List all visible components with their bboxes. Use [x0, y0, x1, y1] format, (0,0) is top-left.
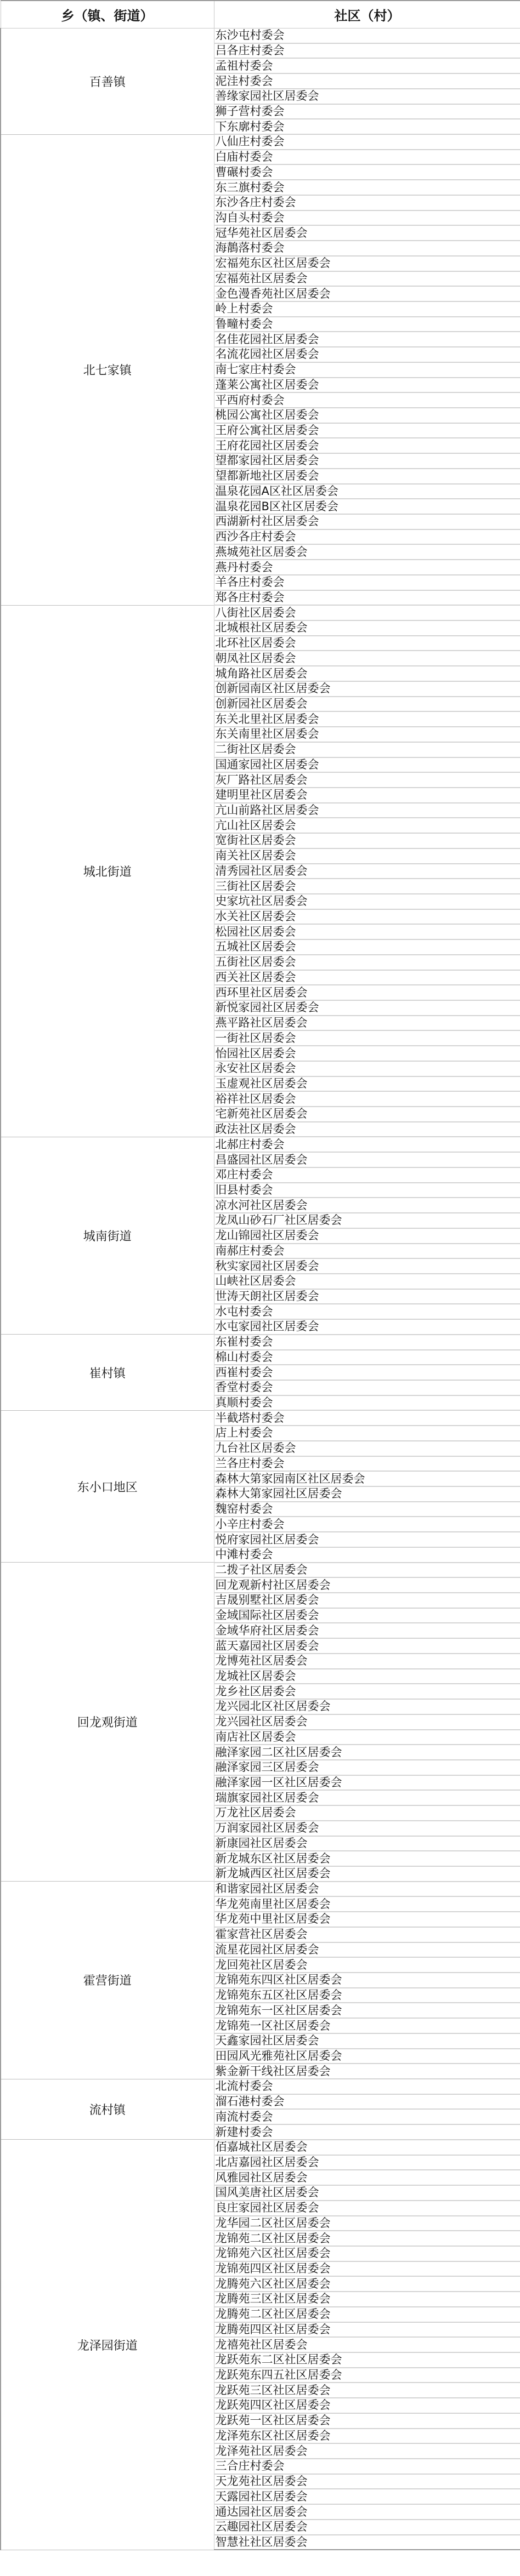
community-cell: 南流村委会	[214, 2109, 520, 2124]
community-cell: 名流花园社区居委会	[214, 347, 520, 362]
community-cell: 新康园社区居委会	[214, 1836, 520, 1851]
town-cell: 霍营街道	[1, 1882, 214, 2079]
community-cell: 三合庄村委会	[214, 2459, 520, 2474]
community-cell: 九台社区居委会	[214, 1441, 520, 1456]
community-cell: 鲁疃村委会	[214, 317, 520, 332]
community-cell: 半截塔村委会	[214, 1410, 520, 1426]
community-cell: 新悦家园社区居委会	[214, 1000, 520, 1016]
community-cell: 水屯家园社区居委会	[214, 1319, 520, 1335]
town-cell: 城北街道	[1, 605, 214, 1137]
community-cell: 田园风光雅苑社区居委会	[214, 2049, 520, 2064]
community-cell: 佰嘉城社区居委会	[214, 2140, 520, 2155]
community-cell: 龙泽苑东区社区居委会	[214, 2429, 520, 2444]
community-cell: 东关北里社区居委会	[214, 711, 520, 727]
community-cell: 南关社区居委会	[214, 848, 520, 864]
town-cell: 东小口地区	[1, 1410, 214, 1562]
community-cell: 龙凤山砂石厂社区居委会	[214, 1213, 520, 1228]
community-cell: 二拨子社区居委会	[214, 1563, 520, 1578]
community-cell: 龙跃苑一区社区居委会	[214, 2413, 520, 2429]
community-cell: 宽街社区居委会	[214, 833, 520, 848]
community-cell: 岭上村委会	[214, 301, 520, 317]
community-cell: 天露园社区居委会	[214, 2489, 520, 2504]
community-cell: 建明里社区居委会	[214, 788, 520, 803]
table-row: 回龙观街道二拨子社区居委会	[1, 1563, 520, 1578]
community-cell: 宅新苑社区居委会	[214, 1107, 520, 1122]
community-cell: 新龙城西区社区居委会	[214, 1866, 520, 1882]
community-cell: 名佳花园社区居委会	[214, 332, 520, 347]
community-cell: 一街社区居委会	[214, 1030, 520, 1046]
community-cell: 温泉花园B区社区居委会	[214, 499, 520, 514]
community-table: 乡（镇、街道） 社区（村） 百善镇东沙屯村委会吕各庄村委会孟祖村委会泥洼村委会善…	[0, 0, 520, 2550]
community-cell: 龙禧苑社区居委会	[214, 2337, 520, 2352]
community-cell: 龙锦苑六区社区居委会	[214, 2246, 520, 2261]
community-cell: 亢山社区居委会	[214, 818, 520, 833]
community-cell: 瑞旗家园社区居委会	[214, 1790, 520, 1805]
community-cell: 通达园社区居委会	[214, 2504, 520, 2520]
community-cell: 霍家营社区居委会	[214, 1927, 520, 1942]
community-cell: 善缘家园社区居委会	[214, 89, 520, 104]
community-cell: 和谐家园社区居委会	[214, 1882, 520, 1897]
community-cell: 魏窑村委会	[214, 1502, 520, 1517]
community-cell: 西关社区居委会	[214, 970, 520, 985]
community-cell: 龙腾苑三区社区居委会	[214, 2292, 520, 2307]
town-cell: 回龙观街道	[1, 1563, 214, 1882]
community-cell: 龙跃苑东二区社区居委会	[214, 2352, 520, 2368]
community-cell: 西湖新村社区居委会	[214, 514, 520, 529]
community-cell: 城角路社区居委会	[214, 666, 520, 681]
community-cell: 金域华府社区居委会	[214, 1623, 520, 1638]
community-cell: 灰厂路社区居委会	[214, 772, 520, 788]
community-cell: 流星花园社区居委会	[214, 1942, 520, 1958]
community-cell: 山峡社区居委会	[214, 1274, 520, 1289]
community-cell: 世涛天朗社区居委会	[214, 1289, 520, 1304]
community-cell: 羊各庄村委会	[214, 575, 520, 590]
community-cell: 政法社区居委会	[214, 1122, 520, 1137]
table-body: 百善镇东沙屯村委会吕各庄村委会孟祖村委会泥洼村委会善缘家园社区居委会狮子营村委会…	[1, 29, 520, 2550]
community-cell: 王府花园社区居委会	[214, 438, 520, 453]
community-cell: 吕各庄村委会	[214, 43, 520, 59]
community-cell: 东关南里社区居委会	[214, 727, 520, 742]
header-community: 社区（村）	[214, 1, 520, 29]
community-cell: 龙锦苑四区社区居委会	[214, 2261, 520, 2277]
table-row: 北七家镇八仙庄村委会	[1, 134, 520, 150]
town-cell: 龙泽园街道	[1, 2140, 214, 2550]
community-cell: 万龙社区居委会	[214, 1805, 520, 1821]
community-cell: 吉晟别墅社区居委会	[214, 1593, 520, 1608]
community-cell: 智慧社社区居委会	[214, 2535, 520, 2550]
community-cell: 宏福苑东区社区居委会	[214, 256, 520, 271]
community-cell: 凉水河社区居委会	[214, 1198, 520, 1213]
community-cell: 龙锦苑东五区社区居委会	[214, 1988, 520, 2003]
community-cell: 朝凤社区居委会	[214, 651, 520, 666]
community-cell: 紫金新干线社区居委会	[214, 2064, 520, 2079]
community-cell: 良庄家园社区居委会	[214, 2201, 520, 2216]
community-cell: 融泽家园三区居委会	[214, 1760, 520, 1775]
community-cell: 中滩村委会	[214, 1547, 520, 1563]
community-cell: 裕祥社区居委会	[214, 1091, 520, 1107]
community-cell: 平西府村委会	[214, 392, 520, 408]
community-cell: 龙锦苑东四区社区居委会	[214, 1973, 520, 1988]
community-cell: 天鑫家园社区居委会	[214, 2033, 520, 2049]
community-cell: 森林大第家园社区居委会	[214, 1486, 520, 1502]
community-cell: 燕平路社区居委会	[214, 1016, 520, 1031]
community-cell: 松园社区居委会	[214, 924, 520, 939]
table-row: 流村镇北流村委会	[1, 2079, 520, 2094]
community-cell: 南七家庄村委会	[214, 362, 520, 378]
community-cell: 悦府家园社区居委会	[214, 1532, 520, 1547]
community-cell: 南郝庄村委会	[214, 1244, 520, 1259]
community-cell: 三街社区居委会	[214, 879, 520, 894]
community-cell: 龙跃苑三区社区居委会	[214, 2383, 520, 2398]
community-cell: 北店嘉园社区居委会	[214, 2155, 520, 2170]
community-cell: 龙锦苑东一区社区居委会	[214, 2003, 520, 2018]
community-cell: 狮子营村委会	[214, 104, 520, 119]
community-cell: 五城社区居委会	[214, 939, 520, 955]
community-cell: 王府公寓社区居委会	[214, 423, 520, 438]
community-cell: 龙泽苑社区居委会	[214, 2443, 520, 2459]
town-cell: 流村镇	[1, 2079, 214, 2140]
community-cell: 东崔村委会	[214, 1335, 520, 1350]
community-cell: 龙腾苑四区社区居委会	[214, 2322, 520, 2338]
community-cell: 龙乡社区居委会	[214, 1684, 520, 1699]
community-cell: 昌盛园社区居委会	[214, 1152, 520, 1167]
community-cell: 兰各庄村委会	[214, 1456, 520, 1472]
community-cell: 孟祖村委会	[214, 58, 520, 73]
community-cell: 泥洼村委会	[214, 73, 520, 89]
community-cell: 真顺村委会	[214, 1395, 520, 1411]
community-cell: 燕城苑社区居委会	[214, 544, 520, 560]
community-cell: 金域国际社区居委会	[214, 1608, 520, 1623]
community-cell: 宏福苑社区居委会	[214, 271, 520, 287]
table-row: 霍营街道和谐家园社区居委会	[1, 1882, 520, 1897]
community-cell: 白庙村委会	[214, 150, 520, 165]
community-cell: 东沙屯村委会	[214, 29, 520, 43]
table-row: 崔村镇东崔村委会	[1, 1335, 520, 1350]
community-cell: 北郝庄村委会	[214, 1137, 520, 1152]
community-cell: 冠华苑社区居委会	[214, 225, 520, 241]
community-cell: 龙锦苑一区社区居委会	[214, 2018, 520, 2033]
community-cell: 西崔村委会	[214, 1365, 520, 1380]
community-cell: 八仙庄村委会	[214, 134, 520, 150]
community-cell: 龙跃苑东四五社区居委会	[214, 2368, 520, 2383]
community-cell: 郑各庄村委会	[214, 590, 520, 606]
header-town: 乡（镇、街道）	[1, 1, 214, 29]
table-row: 城北街道八街社区居委会	[1, 605, 520, 620]
community-cell: 北城根社区居委会	[214, 620, 520, 636]
community-cell: 八街社区居委会	[214, 605, 520, 620]
community-cell: 北流村委会	[214, 2079, 520, 2094]
community-cell: 桃园公寓社区居委会	[214, 408, 520, 423]
community-cell: 龙山锦园社区居委会	[214, 1228, 520, 1244]
community-cell: 清秀园社区居委会	[214, 864, 520, 879]
town-cell: 城南街道	[1, 1137, 214, 1334]
community-cell: 邓庄村委会	[214, 1167, 520, 1183]
table-row: 龙泽园街道佰嘉城社区居委会	[1, 2140, 520, 2155]
community-cell: 西沙各庄村委会	[214, 529, 520, 545]
community-cell: 小辛庄村委会	[214, 1517, 520, 1532]
community-cell: 龙锦苑二区社区居委会	[214, 2231, 520, 2246]
community-cell: 水关社区居委会	[214, 909, 520, 925]
town-cell: 崔村镇	[1, 1335, 214, 1411]
community-cell: 回龙观新村社区居委会	[214, 1577, 520, 1593]
community-cell: 店上村委会	[214, 1426, 520, 1441]
community-cell: 东沙各庄村委会	[214, 195, 520, 210]
community-cell: 森林大第家园南区社区居委会	[214, 1471, 520, 1486]
community-cell: 龙跃苑四区社区居委会	[214, 2398, 520, 2413]
community-cell: 金色漫香苑社区居委会	[214, 286, 520, 301]
community-cell: 香堂村委会	[214, 1380, 520, 1395]
community-cell: 下东廓村委会	[214, 119, 520, 134]
community-cell: 望都新地社区居委会	[214, 469, 520, 484]
town-cell: 北七家镇	[1, 134, 214, 605]
community-cell: 溜石港村委会	[214, 2094, 520, 2110]
community-cell: 曹碾村委会	[214, 164, 520, 180]
community-cell: 棉山村委会	[214, 1350, 520, 1365]
community-cell: 蓝天嘉园社区居委会	[214, 1638, 520, 1654]
community-cell: 龙兴园社区居委会	[214, 1714, 520, 1730]
community-cell: 燕丹村委会	[214, 560, 520, 575]
community-cell: 龙华园二区社区居委会	[214, 2216, 520, 2231]
town-cell: 百善镇	[1, 29, 214, 135]
community-cell: 华龙苑中里社区居委会	[214, 1912, 520, 1927]
community-cell: 风雅园社区居委会	[214, 2170, 520, 2185]
community-table-sheet: 乡（镇、街道） 社区（村） 百善镇东沙屯村委会吕各庄村委会孟祖村委会泥洼村委会善…	[0, 0, 520, 2550]
community-cell: 龙腾苑六区社区居委会	[214, 2276, 520, 2292]
community-cell: 创新园社区居委会	[214, 697, 520, 712]
community-cell: 史家坑社区居委会	[214, 894, 520, 909]
community-cell: 国通家园社区居委会	[214, 757, 520, 773]
community-cell: 南店社区居委会	[214, 1730, 520, 1745]
community-cell: 蓬莱公寓社区居委会	[214, 378, 520, 393]
community-cell: 万润家园社区居委会	[214, 1821, 520, 1836]
table-row: 百善镇东沙屯村委会	[1, 29, 520, 43]
header-row: 乡（镇、街道） 社区（村）	[1, 1, 520, 29]
community-cell: 新龙城东区社区居委会	[214, 1851, 520, 1866]
community-cell: 永安社区居委会	[214, 1061, 520, 1076]
community-cell: 云趣园社区居委会	[214, 2520, 520, 2535]
community-cell: 望都家园社区居委会	[214, 453, 520, 469]
community-cell: 创新园南区社区居委会	[214, 681, 520, 697]
community-cell: 龙腾苑二区社区居委会	[214, 2307, 520, 2322]
community-cell: 融泽家园一区社区居委会	[214, 1775, 520, 1791]
community-cell: 旧县村委会	[214, 1183, 520, 1198]
community-cell: 秋实家园社区居委会	[214, 1258, 520, 1274]
community-cell: 华龙苑南里社区居委会	[214, 1896, 520, 1912]
community-cell: 海鶄落村委会	[214, 241, 520, 256]
community-cell: 龙兴园北区社区居委会	[214, 1699, 520, 1714]
community-cell: 北环社区居委会	[214, 636, 520, 651]
community-cell: 龙博苑社区居委会	[214, 1654, 520, 1669]
community-cell: 天龙苑社区居委会	[214, 2474, 520, 2489]
community-cell: 二街社区居委会	[214, 742, 520, 757]
community-cell: 国风美唐社区居委会	[214, 2185, 520, 2201]
community-cell: 水屯村委会	[214, 1304, 520, 1319]
community-cell: 温泉花园A区社区居委会	[214, 484, 520, 499]
community-cell: 五街社区居委会	[214, 955, 520, 970]
community-cell: 龙城社区居委会	[214, 1669, 520, 1684]
community-cell: 沟自头村委会	[214, 210, 520, 226]
community-cell: 西环里社区居委会	[214, 985, 520, 1000]
community-cell: 亢山前路社区居委会	[214, 803, 520, 818]
community-cell: 新建村委会	[214, 2124, 520, 2140]
community-cell: 融泽家园二区社区居委会	[214, 1745, 520, 1760]
community-cell: 玉虚观社区居委会	[214, 1076, 520, 1092]
table-row: 东小口地区半截塔村委会	[1, 1410, 520, 1426]
table-row: 城南街道北郝庄村委会	[1, 1137, 520, 1152]
community-cell: 东三旗村委会	[214, 180, 520, 195]
community-cell: 龙回苑社区居委会	[214, 1957, 520, 1973]
community-cell: 怡园社区居委会	[214, 1046, 520, 1061]
